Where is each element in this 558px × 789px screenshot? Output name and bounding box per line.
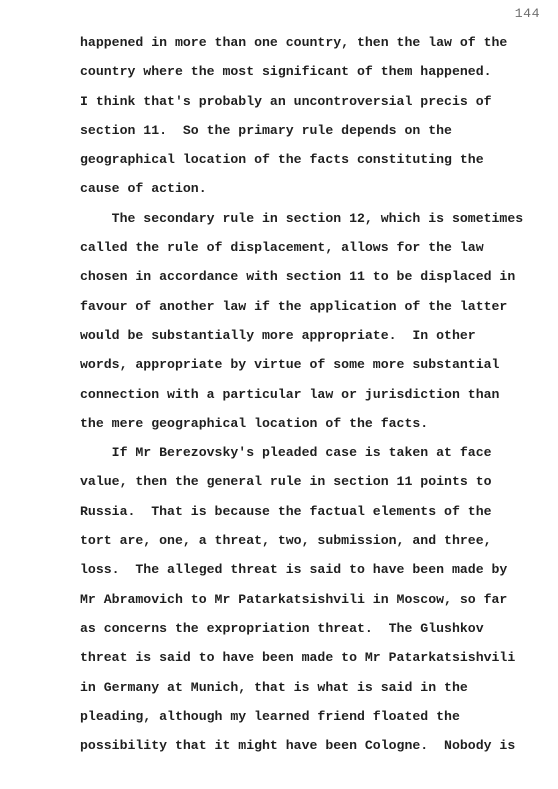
transcript-line: tort are, one, a threat, two, submission… [80,526,550,555]
transcript-line: cause of action. [80,174,550,203]
transcript-line: value, then the general rule in section … [80,467,550,496]
transcript-line: pleading, although my learned friend flo… [80,702,550,731]
transcript-line: would be substantially more appropriate.… [80,321,550,350]
transcript-line: connection with a particular law or juri… [80,380,550,409]
transcript-line: words, appropriate by virtue of some mor… [80,350,550,379]
transcript-line: I think that's probably an uncontroversi… [80,87,550,116]
transcript-line: chosen in accordance with section 11 to … [80,262,550,291]
transcript-body: happened in more than one country, then … [80,28,550,760]
transcript-line: possibility that it might have been Colo… [80,731,550,760]
transcript-page: 144 happened in more than one country, t… [0,0,558,789]
transcript-line: Russia. That is because the factual elem… [80,497,550,526]
transcript-line: The secondary rule in section 12, which … [80,204,550,233]
transcript-line: If Mr Berezovsky's pleaded case is taken… [80,438,550,467]
transcript-line: as concerns the expropriation threat. Th… [80,614,550,643]
transcript-line: geographical location of the facts const… [80,145,550,174]
transcript-line: happened in more than one country, then … [80,28,550,57]
transcript-line: Mr Abramovich to Mr Patarkatsishvili in … [80,585,550,614]
transcript-line: loss. The alleged threat is said to have… [80,555,550,584]
transcript-line: country where the most significant of th… [80,57,550,86]
page-number: 144 [515,6,540,22]
transcript-line: in Germany at Munich, that is what is sa… [80,673,550,702]
transcript-line: threat is said to have been made to Mr P… [80,643,550,672]
transcript-line: called the rule of displacement, allows … [80,233,550,262]
transcript-line: section 11. So the primary rule depends … [80,116,550,145]
transcript-line: the mere geographical location of the fa… [80,409,550,438]
transcript-line: favour of another law if the application… [80,292,550,321]
